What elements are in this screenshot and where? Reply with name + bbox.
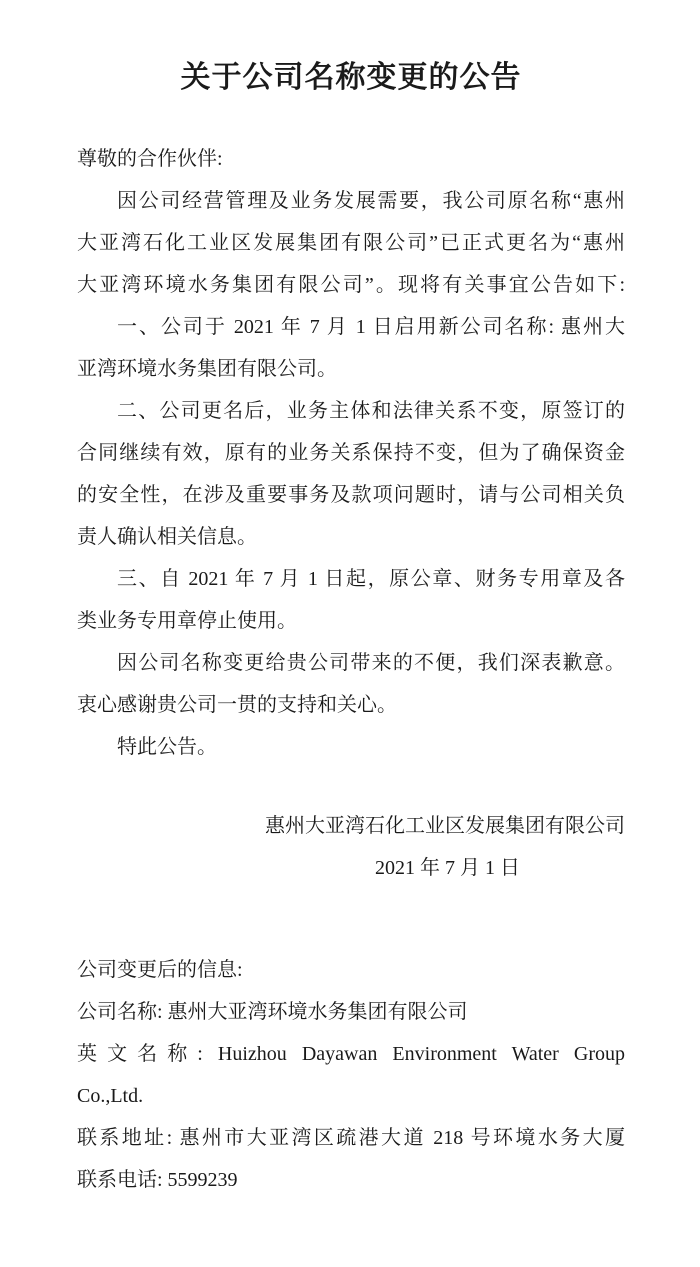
document-title: 关于公司名称变更的公告 (77, 56, 625, 100)
info-lines: 公司名称: 惠州大亚湾环境水务集团有限公司英文名称: Huizhou Dayaw… (77, 991, 625, 1201)
body-line: 二、公司更名后，业务主体和法律关系不变，原签订的 (77, 390, 625, 432)
body-line: 衷心感谢贵公司一贯的支持和关心。 (77, 684, 625, 726)
updated-info-section: 公司变更后的信息: 公司名称: 惠州大亚湾环境水务集团有限公司英文名称: Hui… (77, 949, 625, 1201)
info-line: 联系电话: 5599239 (77, 1159, 625, 1201)
greeting-line: 尊敬的合作伙伴: (77, 138, 625, 180)
info-line: 联系地址: 惠州市大亚湾区疏港大道 218 号环境水务大厦 (77, 1117, 625, 1159)
info-line: 英文名称: Huizhou Dayawan Environment Water … (77, 1033, 625, 1075)
body-line: 大亚湾环境水务集团有限公司”。现将有关事宜公告如下: (77, 264, 625, 306)
body-paragraph-lines: 因公司经营管理及业务发展需要，我公司原名称“惠州大亚湾石化工业区发展集团有限公司… (77, 180, 625, 768)
body-line: 特此公告。 (77, 726, 625, 768)
body-line: 因公司经营管理及业务发展需要，我公司原名称“惠州 (77, 180, 625, 222)
body-line: 大亚湾石化工业区发展集团有限公司”已正式更名为“惠州 (77, 222, 625, 264)
signature-company: 惠州大亚湾石化工业区发展集团有限公司 (77, 805, 625, 847)
info-line: Co.,Ltd. (77, 1075, 625, 1117)
info-heading: 公司变更后的信息: (77, 949, 625, 991)
body-line: 合同继续有效，原有的业务关系保持不变，但为了确保资金 (77, 432, 625, 474)
body-line: 责人确认相关信息。 (77, 516, 625, 558)
body-line: 三、自 2021 年 7 月 1 日起，原公章、财务专用章及各 (77, 558, 625, 600)
signature-date: 2021 年 7 月 1 日 (77, 847, 625, 889)
body-line: 的安全性，在涉及重要事务及款项问题时，请与公司相关负 (77, 474, 625, 516)
body-line: 类业务专用章停止使用。 (77, 600, 625, 642)
body-line: 因公司名称变更给贵公司带来的不便，我们深表歉意。 (77, 642, 625, 684)
body-line: 一、公司于 2021 年 7 月 1 日启用新公司名称: 惠州大 (77, 306, 625, 348)
info-line: 公司名称: 惠州大亚湾环境水务集团有限公司 (77, 991, 625, 1033)
announcement-document: 关于公司名称变更的公告 尊敬的合作伙伴: 因公司经营管理及业务发展需要，我公司原… (0, 0, 700, 1267)
body-line: 亚湾环境水务集团有限公司。 (77, 348, 625, 390)
